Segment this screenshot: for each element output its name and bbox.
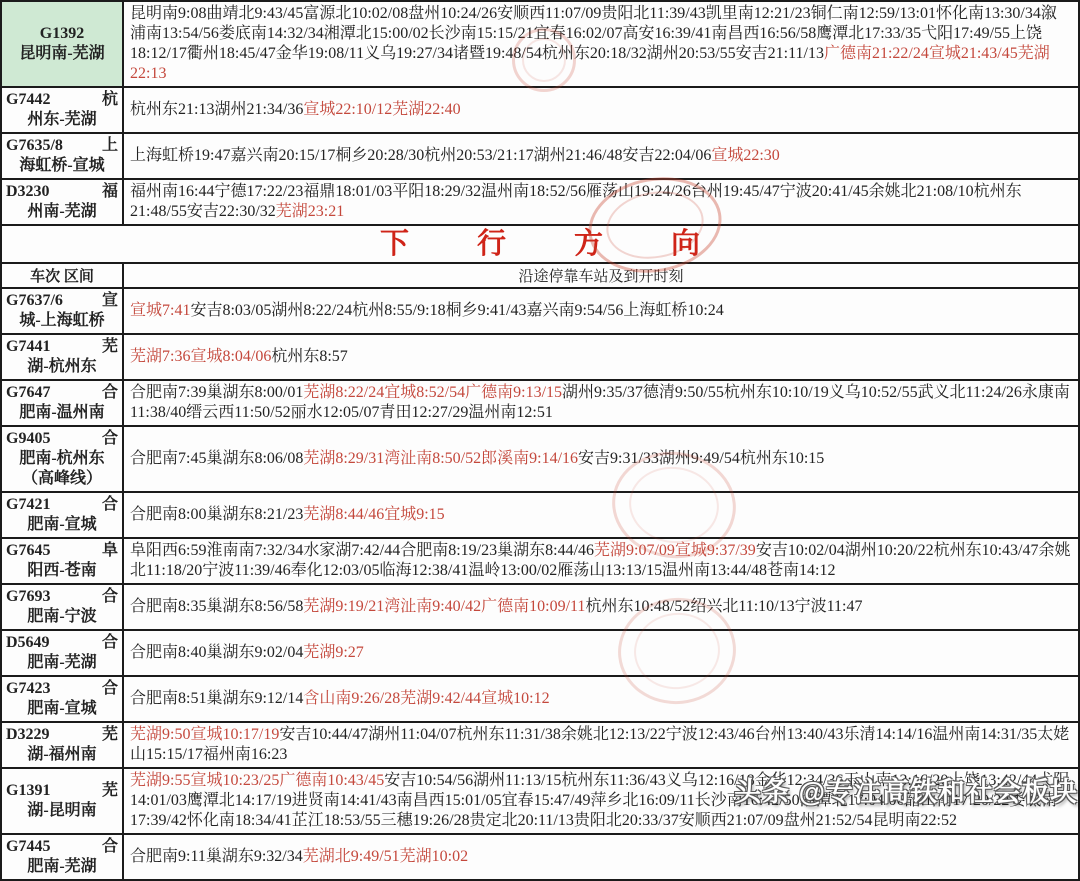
train-cell: D5649合 肥南-芜湖 xyxy=(1,630,123,676)
schedule-cell: 合肥南8:00巢湖东8:21/23芜湖8:44/46宜城9:15 xyxy=(123,492,1079,538)
schedule-segment: 含山南9:26/28芜湖9:42/44宣城10:12 xyxy=(303,690,549,707)
schedule-segment: 安吉8:03/05湖州8:22/24杭州8:55/9:18桐乡9:41/43嘉兴… xyxy=(190,302,723,319)
train-route-head: 芜 xyxy=(102,337,118,357)
schedule-segment: 芜湖9:19/21湾沚南9:40/42广德南10:09/11 xyxy=(303,598,585,615)
train-route-tail: 肥南-宣城 xyxy=(6,699,118,719)
timetable-page: G1392 昆明南-芜湖 昆明南9:08曲靖北9:43/45富源北10:02/0… xyxy=(0,0,1080,881)
train-cell: G9405合 肥南-杭州东（高峰线） xyxy=(1,426,123,492)
table-row: D5649合 肥南-芜湖 合肥南8:40巢湖东9:02/04芜湖9:27 xyxy=(1,630,1079,676)
section-cell: 下行方向 xyxy=(1,225,1079,263)
timetable-body: G1392 昆明南-芜湖 昆明南9:08曲靖北9:43/45富源北10:02/0… xyxy=(1,1,1079,880)
timetable: G1392 昆明南-芜湖 昆明南9:08曲靖北9:43/45富源北10:02/0… xyxy=(0,0,1080,881)
train-route-tail: 阳西-苍南 xyxy=(6,561,118,581)
schedule-segment: 芜湖8:44/46宜城9:15 xyxy=(303,506,444,523)
schedule-cell: 合肥南8:35巢湖东8:56/58芜湖9:19/21湾沚南9:40/42广德南1… xyxy=(123,584,1079,630)
schedule-segment: 合肥南7:45巢湖东8:06/08 xyxy=(130,450,303,467)
train-cell: G1391芜 湖-昆明南 xyxy=(1,768,123,834)
train-route-head: 合 xyxy=(102,495,118,515)
train-number: G7421 xyxy=(6,495,50,515)
schedule-segment: 芜湖8:29/31湾沚南8:50/52郎溪南9:14/16 xyxy=(303,450,578,467)
train-route-head: 宣 xyxy=(102,291,118,311)
train-cell: G7442杭 州东-芜湖 xyxy=(1,87,123,133)
schedule-segment: 杭州东10:48/52绍兴北11:10/13宁波11:47 xyxy=(585,598,862,615)
schedule-segment: 芜湖9:27 xyxy=(303,644,363,661)
train-number: G7637/6 xyxy=(6,291,63,311)
train-route-head: 合 xyxy=(102,679,118,699)
train-number: G7693 xyxy=(6,587,50,607)
train-number: G7442 xyxy=(6,90,50,110)
table-row: G7442杭 州东-芜湖 杭州东21:13湖州21:34/36宣城22:10/1… xyxy=(1,87,1079,133)
train-cell: G7421合 肥南-宣城 xyxy=(1,492,123,538)
train-cell: G7647合 肥南-温州南 xyxy=(1,380,123,426)
train-route-head: 阜 xyxy=(102,541,118,561)
train-number: G1392 xyxy=(40,24,84,44)
train-number: G7441 xyxy=(6,337,50,357)
schedule-segment: 阜阳西6:59淮南南7:32/34水家湖7:42/44合肥南8:19/23巢湖东… xyxy=(130,542,594,559)
schedule-cell: 合肥南7:45巢湖东8:06/08芜湖8:29/31湾沚南8:50/52郎溪南9… xyxy=(123,426,1079,492)
train-route-head: 合 xyxy=(102,633,118,653)
table-row: G7645阜 阳西-苍南 阜阳西6:59淮南南7:32/34水家湖7:42/44… xyxy=(1,538,1079,584)
train-number: D3230 xyxy=(6,182,50,202)
schedule-cell: 合肥南8:51巢湖东9:12/14含山南9:26/28芜湖9:42/44宣城10… xyxy=(123,676,1079,722)
train-number: D5649 xyxy=(6,633,50,653)
train-cell: G7441芜 湖-杭州东 xyxy=(1,334,123,380)
train-route-head: 芜 xyxy=(102,725,118,745)
schedule-segment: 合肥南8:40巢湖东9:02/04 xyxy=(130,644,303,661)
train-route-tail: 海虹桥-宣城 xyxy=(6,156,118,176)
train-route-tail: 城-上海虹桥 xyxy=(6,311,118,331)
train-route-head: 福 xyxy=(102,182,118,202)
schedule-cell: 芜湖7:36宣城8:04/06杭州东8:57 xyxy=(123,334,1079,380)
schedule-segment: 芜湖9:50宣城10:17/19 xyxy=(130,726,279,743)
table-row: G9405合 肥南-杭州东（高峰线） 合肥南7:45巢湖东8:06/08芜湖8:… xyxy=(1,426,1079,492)
table-row: G7635/8上 海虹桥-宣城 上海虹桥19:47嘉兴南20:15/17桐乡20… xyxy=(1,133,1079,179)
schedule-segment: 芜湖8:22/24宜城8:52/54广德南9:13/15 xyxy=(303,384,562,401)
column-header-row: 车次 区间 沿途停靠车站及到开时刻 xyxy=(1,263,1079,288)
train-number: G1391 xyxy=(6,781,50,801)
train-cell: G7635/8上 海虹桥-宣城 xyxy=(1,133,123,179)
table-row: G7441芜 湖-杭州东 芜湖7:36宣城8:04/06杭州东8:57 xyxy=(1,334,1079,380)
train-number: G9405 xyxy=(6,429,50,449)
train-route-tail: 湖-昆明南 xyxy=(6,801,118,821)
schedule-segment: 杭州东8:57 xyxy=(271,348,347,365)
train-route-tail: 肥南-宁波 xyxy=(6,607,118,627)
train-number: G7645 xyxy=(6,541,50,561)
train-route-head: 合 xyxy=(102,383,118,403)
schedule-segment: 宣城7:41 xyxy=(130,302,190,319)
schedule-segment: 芜湖9:07/09宣城9:37/39 xyxy=(594,542,756,559)
schedule-segment: 合肥南8:35巢湖东8:56/58 xyxy=(130,598,303,615)
section-row: 下行方向 xyxy=(1,225,1079,263)
train-route-tail: 州南-芜湖 xyxy=(6,202,118,222)
table-row: G7693合 肥南-宁波 合肥南8:35巢湖东8:56/58芜湖9:19/21湾… xyxy=(1,584,1079,630)
train-route-tail: 州东-芜湖 xyxy=(6,110,118,130)
schedule-segment: 合肥南7:39巢湖东8:00/01 xyxy=(130,384,303,401)
train-cell: G7445合 肥南-芜湖 xyxy=(1,834,123,880)
schedule-cell: 昆明南9:08曲靖北9:43/45富源北10:02/08盘州10:24/26安顺… xyxy=(123,1,1079,87)
table-row: G7637/6宣 城-上海虹桥 宣城7:41安吉8:03/05湖州8:22/24… xyxy=(1,288,1079,334)
train-route-tail: 肥南-杭州东（高峰线） xyxy=(6,449,118,489)
column-header-train: 车次 区间 xyxy=(1,263,123,288)
schedule-cell: 芜湖9:50宣城10:17/19安吉10:44/47湖州11:04/07杭州东1… xyxy=(123,722,1079,768)
table-row: G1392 昆明南-芜湖 昆明南9:08曲靖北9:43/45富源北10:02/0… xyxy=(1,1,1079,87)
train-route-tail: 肥南-宣城 xyxy=(6,515,118,535)
schedule-segment: 合肥南8:00巢湖东8:21/23 xyxy=(130,506,303,523)
train-number: G7423 xyxy=(6,679,50,699)
schedule-cell: 合肥南9:11巢湖东9:32/34芜湖北9:49/51芜湖10:02 xyxy=(123,834,1079,880)
schedule-segment: 芜湖7:36宣城8:04/06 xyxy=(130,348,271,365)
train-cell: D3229芜 湖-福州南 xyxy=(1,722,123,768)
train-route-head: 上 xyxy=(102,136,118,156)
schedule-segment: 上海虹桥19:47嘉兴南20:15/17桐乡20:28/30杭州20:53/21… xyxy=(130,147,711,164)
column-header-schedule: 沿途停靠车站及到开时刻 xyxy=(123,263,1079,288)
train-cell: G7645阜 阳西-苍南 xyxy=(1,538,123,584)
schedule-cell: 宣城7:41安吉8:03/05湖州8:22/24杭州8:55/9:18桐乡9:4… xyxy=(123,288,1079,334)
train-number: G7647 xyxy=(6,383,50,403)
train-route-tail: 湖-杭州东 xyxy=(6,357,118,377)
train-route-tail: 肥南-芜湖 xyxy=(6,653,118,673)
table-row: G7647合 肥南-温州南 合肥南7:39巢湖东8:00/01芜湖8:22/24… xyxy=(1,380,1079,426)
table-row: G7445合 肥南-芜湖 合肥南9:11巢湖东9:32/34芜湖北9:49/51… xyxy=(1,834,1079,880)
train-cell: G7423合 肥南-宣城 xyxy=(1,676,123,722)
schedule-segment: 合肥南9:11巢湖东9:32/34 xyxy=(130,848,303,865)
train-number: D3229 xyxy=(6,725,50,745)
section-title: 下行方向 xyxy=(2,229,1078,259)
train-route-head: 合 xyxy=(102,587,118,607)
train-route-head: 合 xyxy=(102,429,118,449)
table-row: G7423合 肥南-宣城 合肥南8:51巢湖东9:12/14含山南9:26/28… xyxy=(1,676,1079,722)
watermark: 头条 @专注高铁和社会板块 xyxy=(734,770,1078,809)
schedule-cell: 福州南16:44宁德17:22/23福鼎18:01/03平阳18:29/32温州… xyxy=(123,179,1079,225)
schedule-segment: 福州南16:44宁德17:22/23福鼎18:01/03平阳18:29/32温州… xyxy=(130,183,1022,220)
table-row: D3229芜 湖-福州南 芜湖9:50宣城10:17/19安吉10:44/47湖… xyxy=(1,722,1079,768)
schedule-segment: 芜湖23:21 xyxy=(276,203,344,220)
train-route-head: 合 xyxy=(102,837,118,857)
schedule-segment: 合肥南8:51巢湖东9:12/14 xyxy=(130,690,303,707)
train-cell: D3230福 州南-芜湖 xyxy=(1,179,123,225)
schedule-segment: 宣城22:30 xyxy=(711,147,779,164)
schedule-cell: 阜阳西6:59淮南南7:32/34水家湖7:42/44合肥南8:19/23巢湖东… xyxy=(123,538,1079,584)
schedule-cell: 合肥南8:40巢湖东9:02/04芜湖9:27 xyxy=(123,630,1079,676)
train-number: G7635/8 xyxy=(6,136,63,156)
train-cell: G7693合 肥南-宁波 xyxy=(1,584,123,630)
train-route-tail: 昆明南-芜湖 xyxy=(6,44,118,64)
schedule-cell: 合肥南7:39巢湖东8:00/01芜湖8:22/24宜城8:52/54广德南9:… xyxy=(123,380,1079,426)
train-number: G7445 xyxy=(6,837,50,857)
schedule-segment: 芜湖9:55宣城10:23/25广德南10:43/45 xyxy=(130,772,384,789)
schedule-segment: 芜湖北9:49/51芜湖10:02 xyxy=(303,848,468,865)
train-cell: G1392 昆明南-芜湖 xyxy=(1,1,123,87)
schedule-cell: 上海虹桥19:47嘉兴南20:15/17桐乡20:28/30杭州20:53/21… xyxy=(123,133,1079,179)
schedule-segment: 安吉9:31/33湖州9:49/54杭州东10:15 xyxy=(578,450,824,467)
train-route-tail: 湖-福州南 xyxy=(6,745,118,765)
schedule-segment: 杭州东21:13湖州21:34/36 xyxy=(130,101,303,118)
train-route-head: 杭 xyxy=(102,90,118,110)
train-route-tail: 肥南-芜湖 xyxy=(6,857,118,877)
schedule-segment: 宣城22:10/12芜湖22:40 xyxy=(303,101,460,118)
train-route-head: 芜 xyxy=(102,781,118,801)
train-cell: G7637/6宣 城-上海虹桥 xyxy=(1,288,123,334)
train-route-tail: 肥南-温州南 xyxy=(6,403,118,423)
table-row: D3230福 州南-芜湖 福州南16:44宁德17:22/23福鼎18:01/0… xyxy=(1,179,1079,225)
schedule-cell: 杭州东21:13湖州21:34/36宣城22:10/12芜湖22:40 xyxy=(123,87,1079,133)
table-row: G7421合 肥南-宣城 合肥南8:00巢湖东8:21/23芜湖8:44/46宜… xyxy=(1,492,1079,538)
